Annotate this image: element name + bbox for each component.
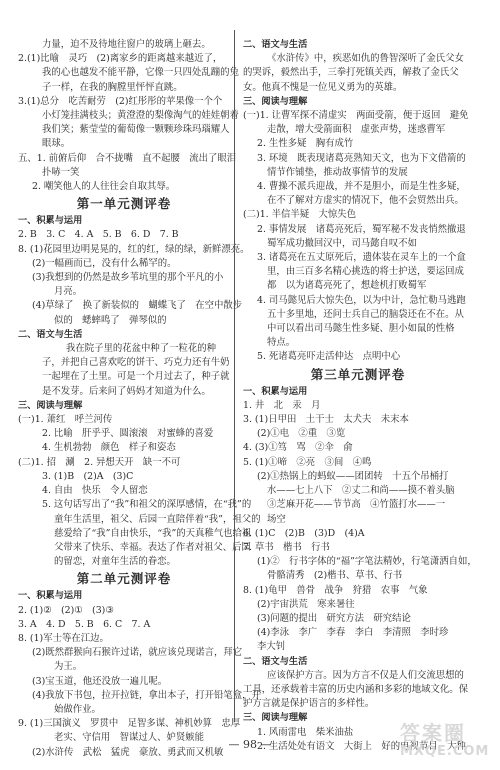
answer-key-page: 力量，迫不及待地往窗户的玻璃上砸去。 2.(1)比喻 灵巧 (2)离家乡的距离越… (0, 0, 500, 770)
text-line: (2)①热锅上的蚂蚁——团团转 十五个吊桶打 (243, 470, 473, 484)
text-line: 李大钊 (243, 640, 473, 654)
paragraph: 应该保护方言。因为方言不仅是人们交流思想的工具，还承载着丰富的历史内涵和多彩的地… (243, 669, 473, 712)
text-line: 里，由三百多名精心挑选的将士护送，要运回成 (243, 265, 473, 279)
text-line: 扑哧一笑 (18, 166, 230, 180)
text-line: (2)宇宙洪荒 寒来暑往 (243, 598, 473, 612)
section-heading: 二、语文与生活 (243, 655, 473, 669)
text-line: (4)草绿了 换了新装似的 蝴蝶飞了 在空中散步 (18, 299, 230, 313)
text-line: 3. 诸葛亮在五丈原死后，遗体装在灵车上的一个盒 (243, 251, 473, 265)
text-line: 3. (1)B (2)A (3)C (18, 470, 230, 484)
text-line: 童年生活里，祖父、后园一直陪伴着“我”，祖父的 (18, 513, 230, 527)
text-line: 在不了解对方虚实的情况下，他不会贸然出兵。 (243, 194, 473, 208)
text-line: 骨骼清秀 (2)楷书、草书、行书 (243, 569, 473, 583)
unit-3-title: 第三单元测评卷 (243, 365, 473, 385)
text-line: (二)1. 招 涮 2. 异想天开 缺一不可 (18, 456, 230, 470)
text-line: (3)问题的提出 研究方法 研究结论 (243, 612, 473, 626)
paragraph: 《水浒传》中，疾恶如仇的鲁智深听了金氏父女的哭诉，毅然出手，三拳打死镇关西，解救… (243, 52, 473, 95)
text-line: 5. 死诸葛亮吓走活仲达 点明中心 (243, 350, 473, 364)
section-heading: 一、积累与运用 (243, 385, 473, 399)
text-line: 3.(1)总分 吃苦耐劳 (2)红彤彤的苹果像一个个 (18, 95, 230, 109)
text-line: 2. 生性多疑 胸有成竹 (243, 137, 473, 151)
text-line: 力量，迫不及待地往窗户的玻璃上砸去。 (18, 38, 230, 52)
paragraph: 我在院子里的花盆中种了一粒花的种子，并把自己喜欢吃的饼干、巧克力还有牛奶一起埋在… (18, 342, 230, 399)
text-line: 月亮。 (18, 285, 230, 299)
text-line: (2)①电 ②重 ③览 (243, 427, 473, 441)
section-heading: 一、积累与运用 (18, 589, 230, 603)
section-heading: 二、语文与生活 (18, 328, 230, 342)
text-line: 5. 这句话写出了“我”和祖父的深厚感情，在“我”的 (18, 498, 230, 512)
text-line: (2)一幅画而已，没有什么稀罕的。 (18, 257, 230, 271)
text-line: 的留恋，对童年生活的眷恋。 (18, 555, 230, 569)
text-line: 五十多里地，还问士兵自己的脑袋还在不在。从 (243, 308, 473, 322)
text-line: 6. (1)C (2)B (3)D (4)A (243, 527, 473, 541)
text-line: 1. 井 北 汞 月 (243, 399, 473, 413)
text-line: 4. 曹操不派兵迎战，并不是胆小，而是生性多疑， (243, 180, 473, 194)
text-line: (二)1. 半信半疑 大惊失色 (243, 208, 473, 222)
text-line: 子一样，在我的胸膛里怦怦直跳。 (18, 81, 230, 95)
text-line: ③芝麻开花——节节高 ④竹篮打水——一 (243, 498, 473, 512)
right-column: 二、语文与生活 《水浒传》中，疾恶如仇的鲁智深听了金氏父女的哭诉，毅然出手，三拳… (243, 38, 473, 754)
text-line: 8. (1)龟甲 兽骨 战争 狩猎 农事 气象 (243, 584, 473, 598)
text-line: 水——七上八下 ②丈二和尚——摸不着头脑 (243, 484, 473, 498)
text-line: 4. 司马懿见后大惊失色，以为中计，急忙勒马逃跑 (243, 294, 473, 308)
text-line: 似的 蟋蟀鸣了 弹琴似的 (18, 314, 230, 328)
text-line: 4. 自由 快乐 令人留恋 (18, 484, 230, 498)
text-line: 场空 (243, 513, 473, 527)
text-line: (一)1. 萧红 呼兰河传 (18, 413, 230, 427)
text-line: 小灯笼挂满枝头；黄澄澄的梨像淘气的娃娃朝着 (18, 109, 230, 123)
text-line: 我的心也越发不能平静，它像一只四处乱蹦的兔 (18, 66, 230, 80)
section-heading: 三、阅读与理解 (243, 95, 473, 109)
text-line: (3)我想到的仍然是故乡苇坑里的那个平凡的小 (18, 271, 230, 285)
text-line: 4. (3)①笃 骂 ②伞 俞 (243, 441, 473, 455)
text-line: 9. (1)三国演义 罗贯中 足智多谋、神机妙算 忠厚 (18, 717, 230, 731)
text-line: (3)宝玉道，他还没放一遍儿呢。 (18, 675, 230, 689)
text-line: (2)既然群猴向石猴许过诺，就应该兑现诺言，拜它 (18, 646, 230, 660)
text-line: (4)李泳 李广 李春 李白 李清照 李时珍 (243, 626, 473, 640)
text-line: 眼球。 (18, 137, 230, 151)
unit-1-title: 第一单元测评卷 (18, 194, 230, 214)
text-line: 慈爱给了“我”自由快乐，“我”的天真稚气也给祖 (18, 527, 230, 541)
text-line: 蜀军成功撤回汉中，司马懿自叹不如 (243, 237, 473, 251)
text-line: 2. 嘲笑他人的人往往会自取其辱。 (18, 180, 230, 194)
text-line: 我们笑；紫莹莹的葡萄像一颗颗珍珠玛瑙耀人 (18, 123, 230, 137)
text-line: (1)② 行书字体的“福”字笔法精妙，行笔潇洒自如， (243, 555, 473, 569)
text-line: 2.(1)比喻 灵巧 (2)离家乡的距离越来越近了， (18, 52, 230, 66)
text-line: 中可以看出司马懿生性多疑、胆小如鼠的性格 (243, 322, 473, 336)
watermark-logo: 答案圈 MXQE.COM (400, 722, 495, 770)
column-divider (234, 30, 235, 722)
text-line: (4)我放下书包，拉开拉链，拿出本子，打开铅笔盒，开 (18, 689, 230, 703)
text-line: 2. B 3. C 4. A 5. B 6. D 7. B (18, 228, 230, 242)
text-line: (一)1. 让曹军探不清虚实 两面受箭，便于返回 避免 (243, 109, 473, 123)
text-line: 5. (1)①啼 ②亮 ③间 ④鸣 (243, 456, 473, 470)
watermark-text: 答案圈 (400, 722, 495, 744)
text-line: 8. (1)花园里边明晃晃的，红的红，绿的绿，新鲜漂亮。 (18, 243, 230, 257)
unit-2-title: 第二单元测评卷 (18, 569, 230, 589)
text-line: 7. 草书 楷书 行书 (243, 541, 473, 555)
text-line: 8. (1)军士等在江边。 (18, 632, 230, 646)
text-line: 走散，增大受箭面积 虚张声势，迷惑曹军 (243, 123, 473, 137)
section-heading: 一、积累与运用 (18, 214, 230, 228)
watermark-url: MXQE.COM (400, 744, 495, 760)
section-heading: 二、语文与生活 (243, 38, 473, 52)
text-line: 特点。 (243, 336, 473, 350)
text-line: 3. (1)日甲田 土干士 太犬夫 未末本 (243, 413, 473, 427)
text-line: 2. 比喻 肝乎乎、圆滚滚 对蜜蜂的喜爱 (18, 427, 230, 441)
text-line: 情节作铺垫，推动故事情节的发展 (243, 166, 473, 180)
text-line: 父带来了快乐、幸福。表达了作者对祖父、后园 (18, 541, 230, 555)
text-line: 2. (1)② (2)① (3)③ (18, 604, 230, 618)
text-line: 3. 环境 既表现诸葛亮熟知天文，也为下文借箭的 (243, 152, 473, 166)
text-line: 都 以为诸葛亮死了，想趁机打败蜀军 (243, 279, 473, 293)
section-heading: 三、阅读与理解 (18, 399, 230, 413)
text-line: 2. 事情发展 诸葛亮死后，蜀军秘不发丧悄然撤退 (243, 223, 473, 237)
text-line: 4. 生机勃勃 颜色 样子和姿态 (18, 441, 230, 455)
text-line: 五、1. 前俯后仰 合不拢嘴 直不起腰 流出了眼泪 (18, 152, 230, 166)
text-line: 3. A 4. D 5. B 6. C 7. A (18, 618, 230, 632)
text-line: 始做作业。 (18, 703, 230, 717)
left-column: 力量，迫不及待地往窗户的玻璃上砸去。 2.(1)比喻 灵巧 (2)离家乡的距离越… (18, 38, 230, 760)
text-line: 为王。 (18, 660, 230, 674)
